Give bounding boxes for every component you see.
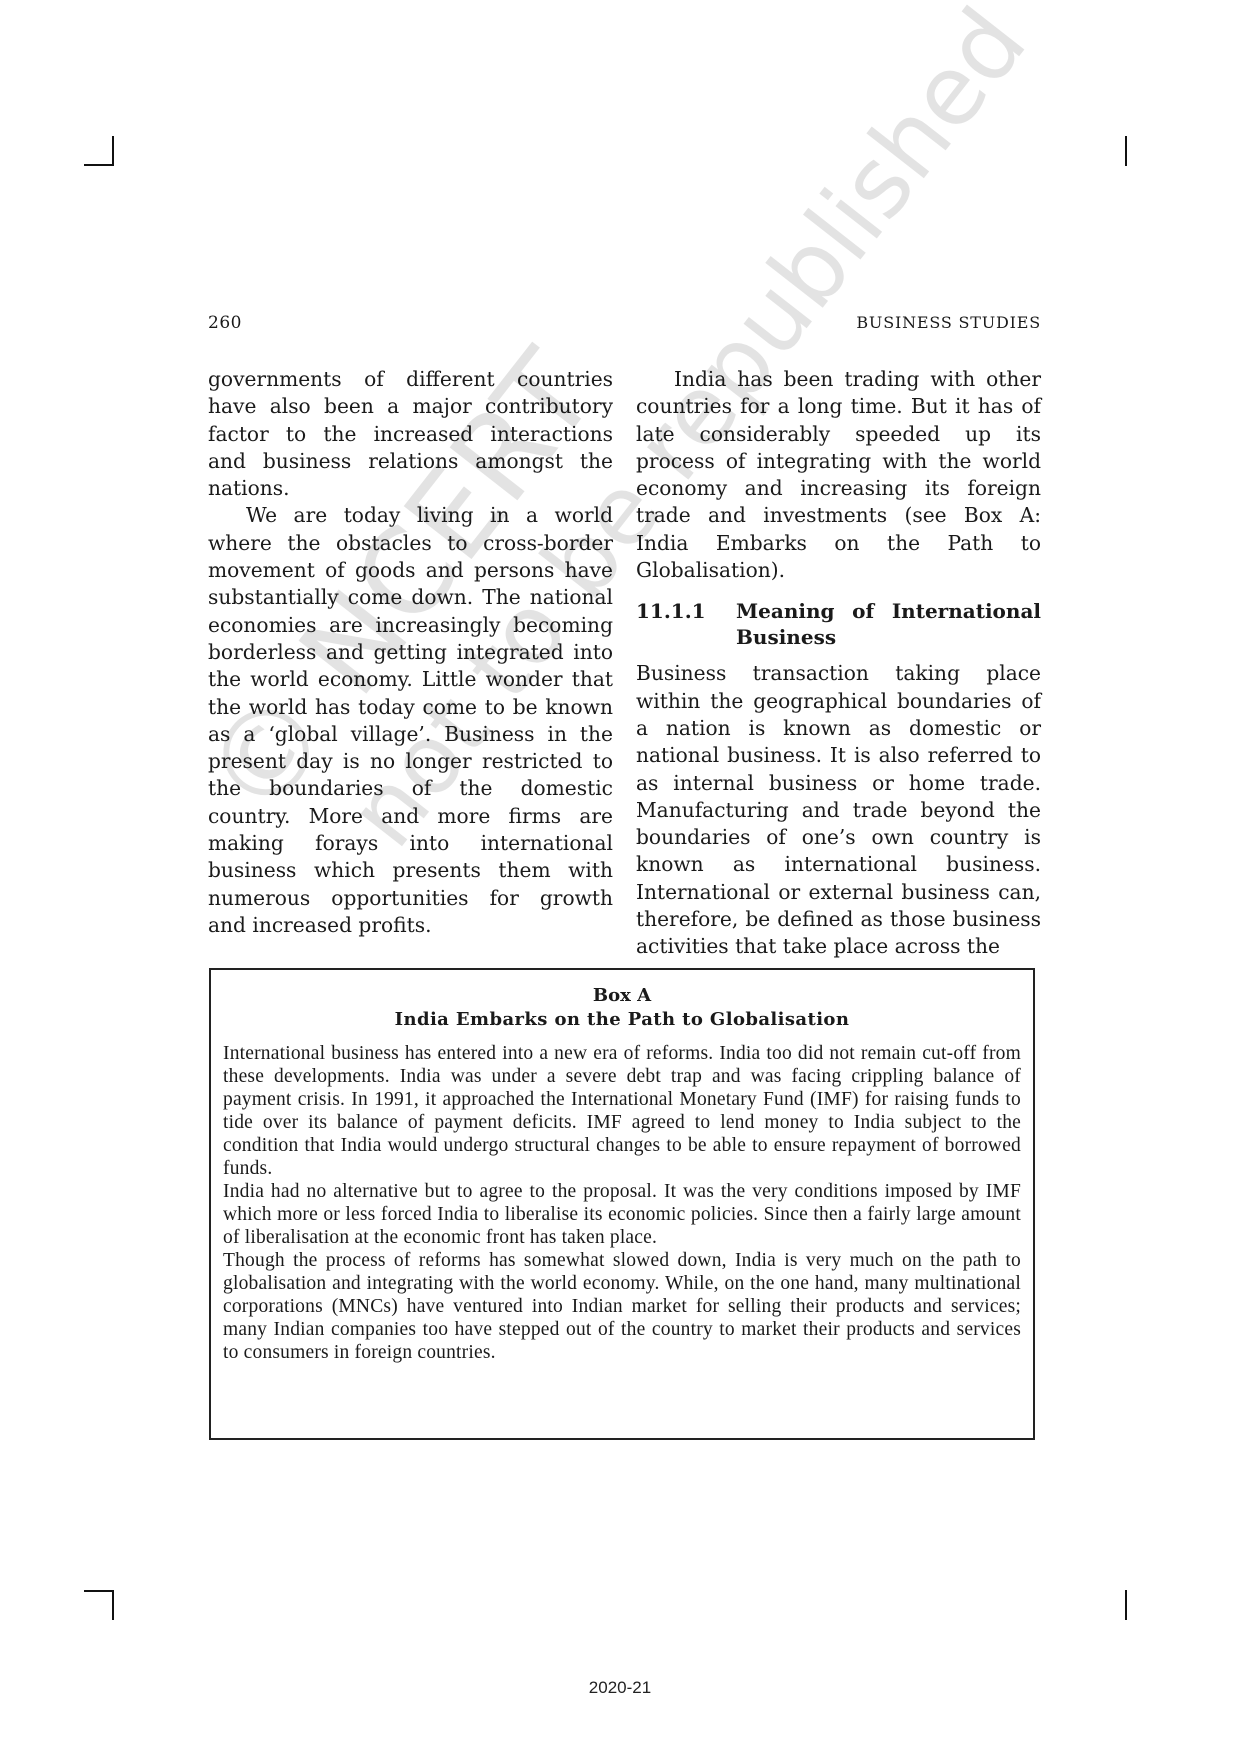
section-heading: 11.1.1 Meaning of International Business: [636, 598, 1041, 650]
crop-mark-top-left-v: [112, 136, 114, 166]
page-number: 260: [208, 313, 242, 333]
paragraph: governments of different countries have …: [208, 366, 613, 502]
box-paragraph: International business has entered into …: [223, 1042, 1021, 1180]
footer-year: 2020-21: [0, 1678, 1240, 1698]
paragraph: India has been trading with other countr…: [636, 366, 1041, 584]
left-column: governments of different countries have …: [208, 366, 613, 939]
crop-mark-top-left-h: [84, 164, 114, 166]
section-number: 11.1.1: [636, 598, 736, 650]
box-paragraph: Though the process of reforms has somewh…: [223, 1249, 1021, 1364]
box-a: Box A India Embarks on the Path to Globa…: [209, 968, 1035, 1440]
box-label: Box A: [223, 984, 1021, 1008]
box-paragraph: India had no alternative but to agree to…: [223, 1180, 1021, 1249]
paragraph: Business transaction taking place within…: [636, 660, 1041, 960]
box-title: India Embarks on the Path to Globalisati…: [223, 1008, 1021, 1032]
crop-mark-bottom-right-v: [1125, 1590, 1127, 1620]
crop-mark-top-right-v: [1125, 136, 1127, 166]
right-column: India has been trading with other countr…: [636, 366, 1041, 961]
crop-mark-bottom-left-v: [112, 1590, 114, 1620]
running-title: BUSINESS STUDIES: [856, 313, 1041, 332]
crop-mark-bottom-left-h: [84, 1590, 114, 1592]
section-title: Meaning of International Business: [736, 598, 1041, 650]
paragraph: We are today living in a world where the…: [208, 502, 613, 939]
